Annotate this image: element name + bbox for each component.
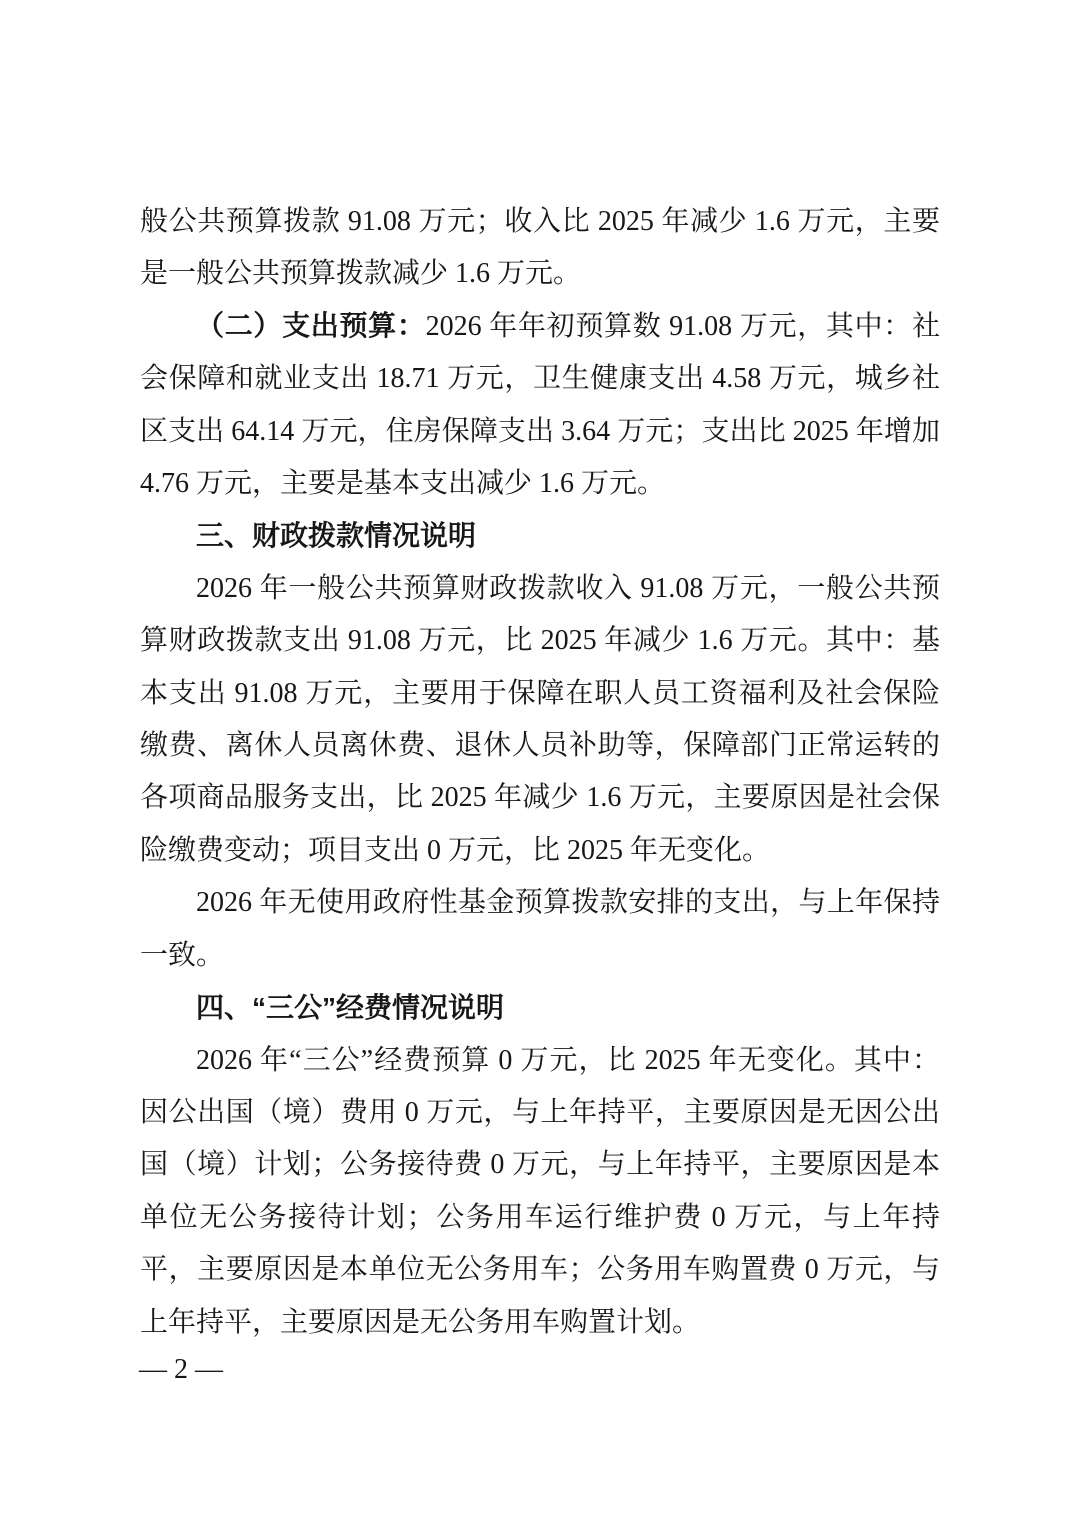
paragraph-expenditure-budget-lead: （二）支出预算： xyxy=(196,311,426,342)
paragraph-expenditure-budget: （二）支出预算：2026 年年初预算数 91.08 万元，其中：社会保障和就业支… xyxy=(140,301,940,511)
document-page: 般公共预算拨款 91.08 万元；收入比 2025 年减少 1.6 万元，主要是… xyxy=(0,0,1074,1520)
page-number: — 2 — xyxy=(139,1344,223,1396)
paragraph-income-budget-continuation: 般公共预算拨款 91.08 万元；收入比 2025 年减少 1.6 万元，主要是… xyxy=(140,196,940,301)
paragraph-three-public-expenses: 2026 年“三公”经费预算 0 万元，比 2025 年无变化。其中：因公出国（… xyxy=(140,1035,940,1349)
document-body: 般公共预算拨款 91.08 万元；收入比 2025 年减少 1.6 万元，主要是… xyxy=(140,196,940,1349)
paragraph-government-fund: 2026 年无使用政府性基金预算拨款安排的支出，与上年保持一致。 xyxy=(140,877,940,982)
heading-fiscal-appropriation: 三、财政拨款情况说明 xyxy=(140,510,940,562)
paragraph-fiscal-appropriation: 2026 年一般公共预算财政拨款收入 91.08 万元，一般公共预算财政拨款支出… xyxy=(140,563,940,877)
heading-three-public-expenses: 四、“三公”经费情况说明 xyxy=(140,982,940,1034)
